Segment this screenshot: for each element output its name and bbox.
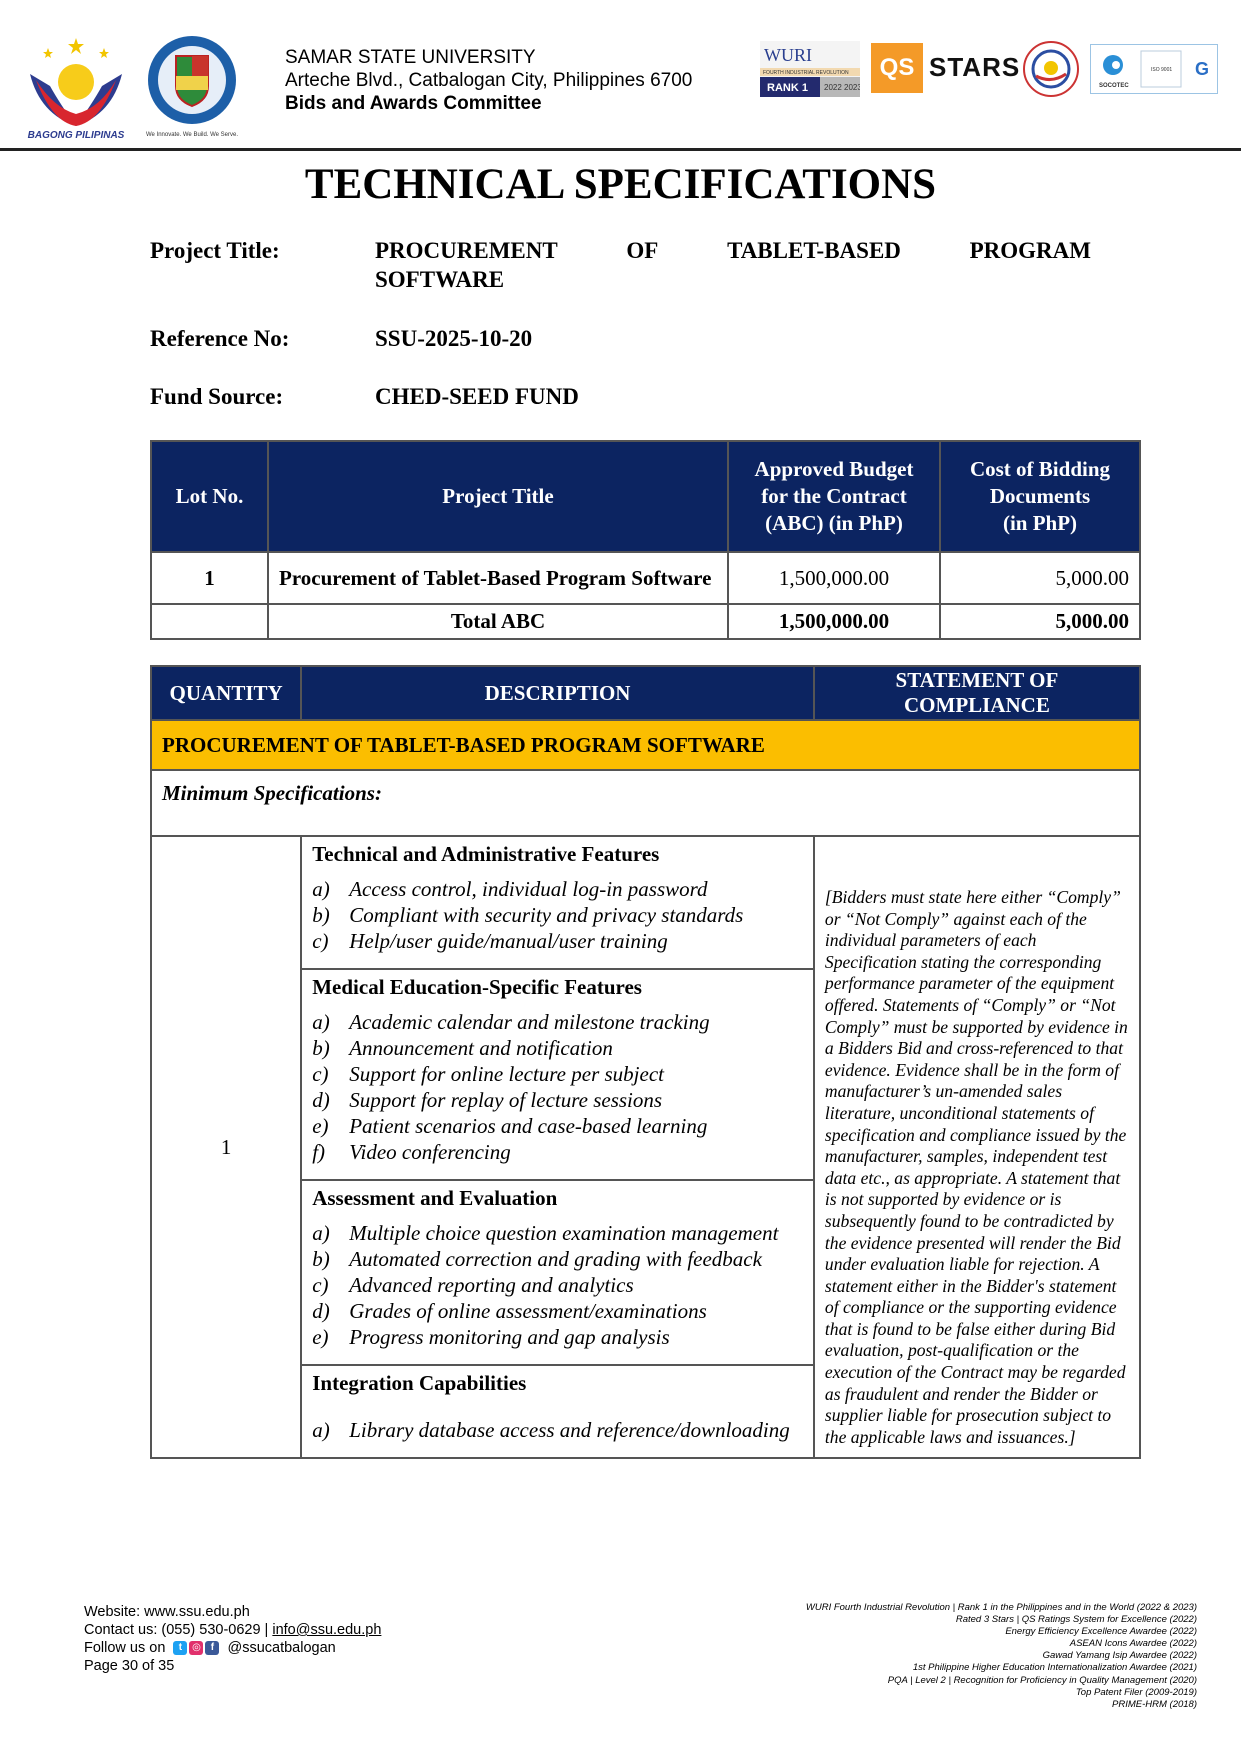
spec-item: c)Help/user guide/manual/user training [312,928,803,954]
technical-spec-table: QUANTITY DESCRIPTION STATEMENT OF COMPLI… [150,665,1141,1459]
footer-contact: Website: www.ssu.edu.ph Contact us: (055… [84,1603,381,1675]
spec-item-letter: a) [312,1009,349,1035]
col-quantity: QUANTITY [151,666,301,720]
spec-section-title: Medical Education-Specific Features [312,974,803,1001]
spec-item: b)Automated correction and grading with … [312,1246,803,1272]
empty-cell [151,604,268,639]
lot-number: 1 [151,552,268,604]
project-title-word: PROGRAM [970,238,1091,264]
spec-item: b)Compliant with security and privacy st… [312,902,803,928]
lot-title: Procurement of Tablet-Based Program Soft… [268,552,728,604]
footer-contact-line: Contact us: (055) 530-0629 | info@ssu.ed… [84,1621,381,1639]
university-address: Arteche Blvd., Catbalogan City, Philippi… [285,69,692,92]
spec-item-text: Library database access and reference/do… [349,1417,790,1443]
letterhead-text: SAMAR STATE UNIVERSITY Arteche Blvd., Ca… [285,46,692,115]
description-cell: Technical and Administrative Featuresa)A… [301,836,814,1458]
section-band: PROCUREMENT OF TABLET-BASED PROGRAM SOFT… [151,720,1140,770]
total-label: Total ABC [268,604,728,639]
document-title: TECHNICAL SPECIFICATIONS [0,160,1241,209]
svg-text:We Innovate. We Build. We Serv: We Innovate. We Build. We Serve. [146,132,238,138]
ssu-seal-logo: We Innovate. We Build. We Serve. [142,34,242,140]
spec-item-letter: d) [312,1087,349,1113]
university-name: SAMAR STATE UNIVERSITY [285,46,692,69]
project-title-line2: SOFTWARE [375,267,504,293]
award-line: PRIME-HRM (2018) [806,1699,1197,1711]
col-description: DESCRIPTION [301,666,814,720]
quantity-value: 1 [151,836,301,1458]
iso-certification-badge: SOCOTEC ISO 9001 G [1090,44,1218,94]
qs-logo: QS [871,43,923,93]
reference-value: SSU-2025-10-20 [375,326,532,352]
svg-text:RANK 1: RANK 1 [767,82,808,94]
spec-item-letter: e) [312,1113,349,1139]
svg-text:G: G [1195,59,1209,79]
footer-email-link[interactable]: info@ssu.edu.ph [272,1622,381,1638]
spec-item: c)Advanced reporting and analytics [312,1272,803,1298]
wuri-rank-badge: WURI FOURTH INDUSTRIAL REVOLUTION RANK 1… [760,41,860,97]
minimum-specifications-label: Minimum Specifications: [151,770,1140,836]
lot-budget-table: Lot No. Project Title Approved Budget fo… [150,440,1141,640]
award-line: ASEAN Icons Awardee (2022) [806,1638,1197,1650]
instagram-icon[interactable]: ◎ [189,1641,203,1655]
spec-item-text: Automated correction and grading with fe… [349,1246,762,1272]
reference-label: Reference No: [150,326,289,352]
spec-section: Medical Education-Specific Featuresa)Aca… [302,970,813,1181]
spec-item-letter: b) [312,1246,349,1272]
spec-item-letter: c) [312,928,349,954]
spec-item-text: Compliant with security and privacy stan… [349,902,743,928]
col-abc: Approved Budget for the Contract (ABC) (… [728,441,940,552]
award-line: Top Patent Filer (2009-2019) [806,1687,1197,1699]
total-row: Total ABC 1,500,000.00 5,000.00 [151,604,1140,639]
award-line: Rated 3 Stars | QS Ratings System for Ex… [806,1614,1197,1626]
lot-bidding-cost: 5,000.00 [940,552,1140,604]
footer-awards: WURI Fourth Industrial Revolution | Rank… [806,1602,1197,1711]
spec-item-letter: d) [312,1298,349,1324]
col-project-title: Project Title [268,441,728,552]
spec-item-text: Multiple choice question examination man… [349,1220,778,1246]
fund-source-value: CHED-SEED FUND [375,384,579,410]
project-title-word: OF [626,238,658,264]
project-title-value: PROCUREMENT OF TABLET-BASED PROGRAM [375,238,1091,264]
project-title-word: PROCUREMENT [375,238,558,264]
spec-item-text: Grades of online assessment/examinations [349,1298,707,1324]
spec-item: e)Patient scenarios and case-based learn… [312,1113,803,1139]
spec-item-text: Help/user guide/manual/user training [349,928,668,954]
spec-item-text: Support for replay of lecture sessions [349,1087,662,1113]
facebook-icon[interactable]: f [205,1641,219,1655]
spec-item: c)Support for online lecture per subject [312,1061,803,1087]
philippine-quality-award-seal [1022,40,1080,98]
spec-item-letter: b) [312,902,349,928]
spec-item-text: Support for online lecture per subject [349,1061,664,1087]
svg-text:WURI: WURI [764,45,812,65]
spec-item-text: Access control, individual log-in passwo… [349,876,707,902]
spec-item: b)Announcement and notification [312,1035,803,1061]
footer-social: Follow us on t ◎ f @ssucatbalogan [84,1639,381,1657]
project-title-label: Project Title: [150,238,280,264]
col-lot-no: Lot No. [151,441,268,552]
spec-item-letter: c) [312,1061,349,1087]
footer-website[interactable]: Website: www.ssu.edu.ph [84,1603,381,1621]
spec-item-text: Announcement and notification [349,1035,613,1061]
svg-text:SOCOTEC: SOCOTEC [1099,83,1129,89]
svg-text:BAGONG PILIPINAS: BAGONG PILIPINAS [28,130,125,140]
spec-item-letter: e) [312,1324,349,1350]
spec-item: d)Support for replay of lecture sessions [312,1087,803,1113]
twitter-icon[interactable]: t [173,1641,187,1655]
svg-text:2022 2023: 2022 2023 [824,83,860,92]
bagong-pilipinas-logo: BAGONG PILIPINAS [20,34,132,140]
spec-item: d)Grades of online assessment/examinatio… [312,1298,803,1324]
spec-item: e)Progress monitoring and gap analysis [312,1324,803,1350]
spec-section-title: Assessment and Evaluation [312,1185,803,1212]
project-title-word: TABLET-BASED [727,238,901,264]
spec-section-title: Technical and Administrative Features [312,841,803,868]
spec-item-letter: a) [312,1220,349,1246]
spec-item-letter: f) [312,1139,349,1165]
spec-item: a)Academic calendar and milestone tracki… [312,1009,803,1035]
spec-item-text: Advanced reporting and analytics [349,1272,633,1298]
spec-item-letter: b) [312,1035,349,1061]
total-abc: 1,500,000.00 [728,604,940,639]
spec-item: f)Video conferencing [312,1139,803,1165]
spec-item-text: Progress monitoring and gap analysis [349,1324,669,1350]
spec-section-title: Integration Capabilities [312,1370,803,1397]
qs-stars-text: STARS [929,52,1020,83]
spec-section: Assessment and Evaluationa)Multiple choi… [302,1181,813,1366]
spec-item-letter: a) [312,876,349,902]
spec-item-text: Academic calendar and milestone tracking [349,1009,709,1035]
spec-section: Technical and Administrative Featuresa)A… [302,837,813,970]
svg-text:FOURTH INDUSTRIAL REVOLUTION: FOURTH INDUSTRIAL REVOLUTION [763,70,849,76]
total-bidding-cost: 5,000.00 [940,604,1140,639]
spec-item: a)Multiple choice question examination m… [312,1220,803,1246]
svg-text:ISO 9001: ISO 9001 [1151,67,1172,73]
spec-item: a)Access control, individual log-in pass… [312,876,803,902]
award-line: PQA | Level 2 | Recognition for Proficie… [806,1675,1197,1687]
spec-section: Integration Capabilitiesa)Library databa… [302,1366,813,1457]
fund-source-label: Fund Source: [150,384,283,410]
spec-item-letter: c) [312,1272,349,1298]
award-line: WURI Fourth Industrial Revolution | Rank… [806,1602,1197,1614]
award-line: Gawad Yamang Isip Awardee (2022) [806,1650,1197,1662]
compliance-instructions: [Bidders must state here either “Comply”… [814,836,1140,1458]
award-line: Energy Efficiency Excellence Awardee (20… [806,1626,1197,1638]
spec-item-text: Video conferencing [349,1139,511,1165]
office-name: Bids and Awards Committee [285,92,692,115]
lot-abc: 1,500,000.00 [728,552,940,604]
col-bidding-cost: Cost of Bidding Documents (in PhP) [940,441,1140,552]
letterhead-divider [0,148,1241,151]
page-number: Page 30 of 35 [84,1657,381,1675]
award-line: 1st Philippine Higher Education Internat… [806,1662,1197,1674]
spec-item-text: Patient scenarios and case-based learnin… [349,1113,707,1139]
spec-item: a)Library database access and reference/… [312,1417,803,1443]
spec-item-letter: a) [312,1417,349,1443]
col-compliance: STATEMENT OF COMPLIANCE [814,666,1140,720]
table-row: 1 Procurement of Tablet-Based Program So… [151,552,1140,604]
